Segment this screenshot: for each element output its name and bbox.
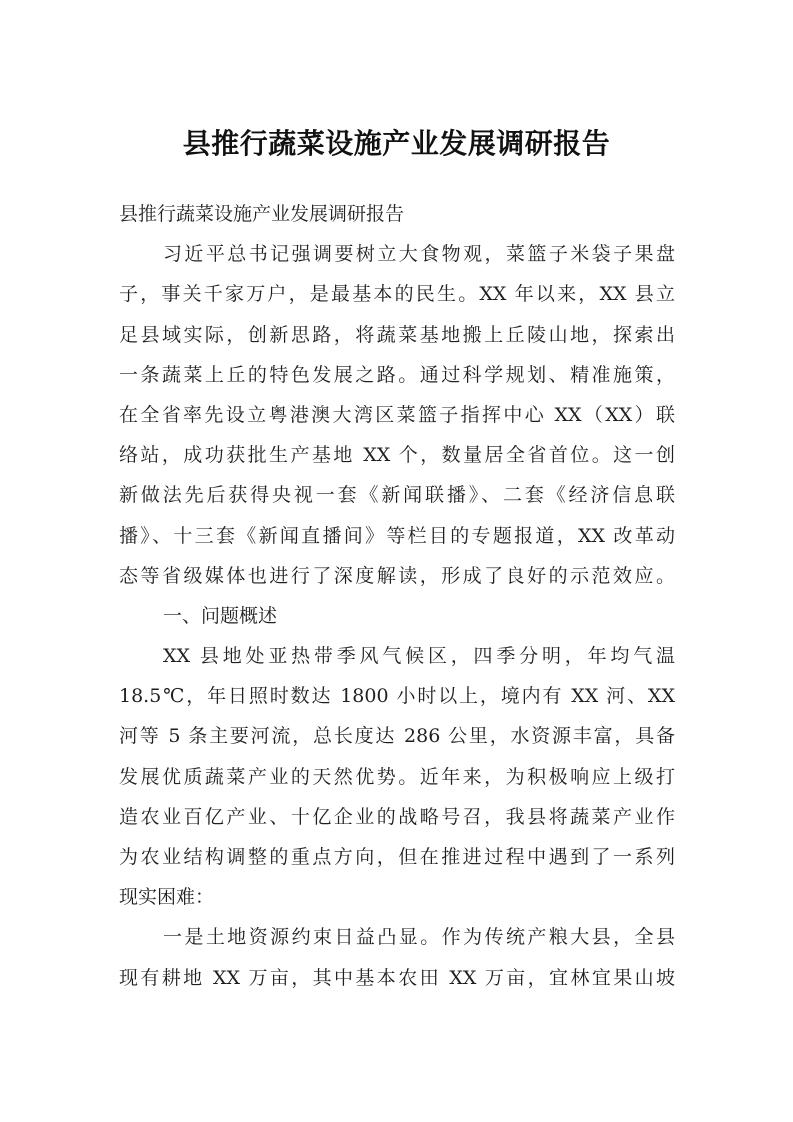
text-line: 现实困难：: [119, 877, 675, 917]
document-body: 县推行蔬菜设施产业发展调研报告习近平总书记强调要树立大食物观，菜篮子米袋子果盘子…: [119, 194, 675, 998]
text-line: 为农业结构调整的重点方向，但在推进过程中遇到了一系列: [119, 837, 675, 877]
text-line: 发展优质蔬菜产业的天然优势。近年来，为积极响应上级打: [119, 757, 675, 797]
document-page: 县推行蔬菜设施产业发展调研报告 县推行蔬菜设施产业发展调研报告习近平总书记强调要…: [0, 0, 793, 1122]
text-line: 18.5℃，年日照时数达 1800 小时以上，境内有 XX 河、XX: [119, 676, 675, 716]
text-line: XX 县地处亚热带季风气候区，四季分明，年均气温: [119, 636, 675, 676]
text-line: 习近平总书记强调要树立大食物观，菜篮子米袋子果盘: [119, 234, 675, 274]
text-line: 络站，成功获批生产基地 XX 个，数量居全省首位。这一创: [119, 435, 675, 475]
text-line: 造农业百亿产业、十亿企业的战略号召，我县将蔬菜产业作: [119, 797, 675, 837]
text-line: 新做法先后获得央视一套《新闻联播》、二套《经济信息联: [119, 475, 675, 515]
text-line: 现有耕地 XX 万亩，其中基本农田 XX 万亩，宜林宜果山坡: [119, 958, 675, 998]
text-line: 在全省率先设立粤港澳大湾区菜篮子指挥中心 XX（XX）联: [119, 395, 675, 435]
text-line: 播》、十三套《新闻直播间》等栏目的专题报道，XX 改革动: [119, 516, 675, 556]
text-line: 态等省级媒体也进行了深度解读，形成了良好的示范效应。: [119, 556, 675, 596]
text-line: 河等 5 条主要河流，总长度达 286 公里，水资源丰富，具备: [119, 716, 675, 756]
text-line: 足县域实际，创新思路，将蔬菜基地搬上丘陵山地，探索出: [119, 315, 675, 355]
text-line: 一是土地资源约束日益凸显。作为传统产粮大县，全县: [119, 917, 675, 957]
text-line: 县推行蔬菜设施产业发展调研报告: [119, 194, 675, 234]
text-line: 一、问题概述: [119, 596, 675, 636]
document-title: 县推行蔬菜设施产业发展调研报告: [0, 124, 793, 164]
text-line: 一条蔬菜上丘的特色发展之路。通过科学规划、精准施策，: [119, 355, 675, 395]
text-line: 子，事关千家万户，是最基本的民生。XX 年以来，XX 县立: [119, 274, 675, 314]
